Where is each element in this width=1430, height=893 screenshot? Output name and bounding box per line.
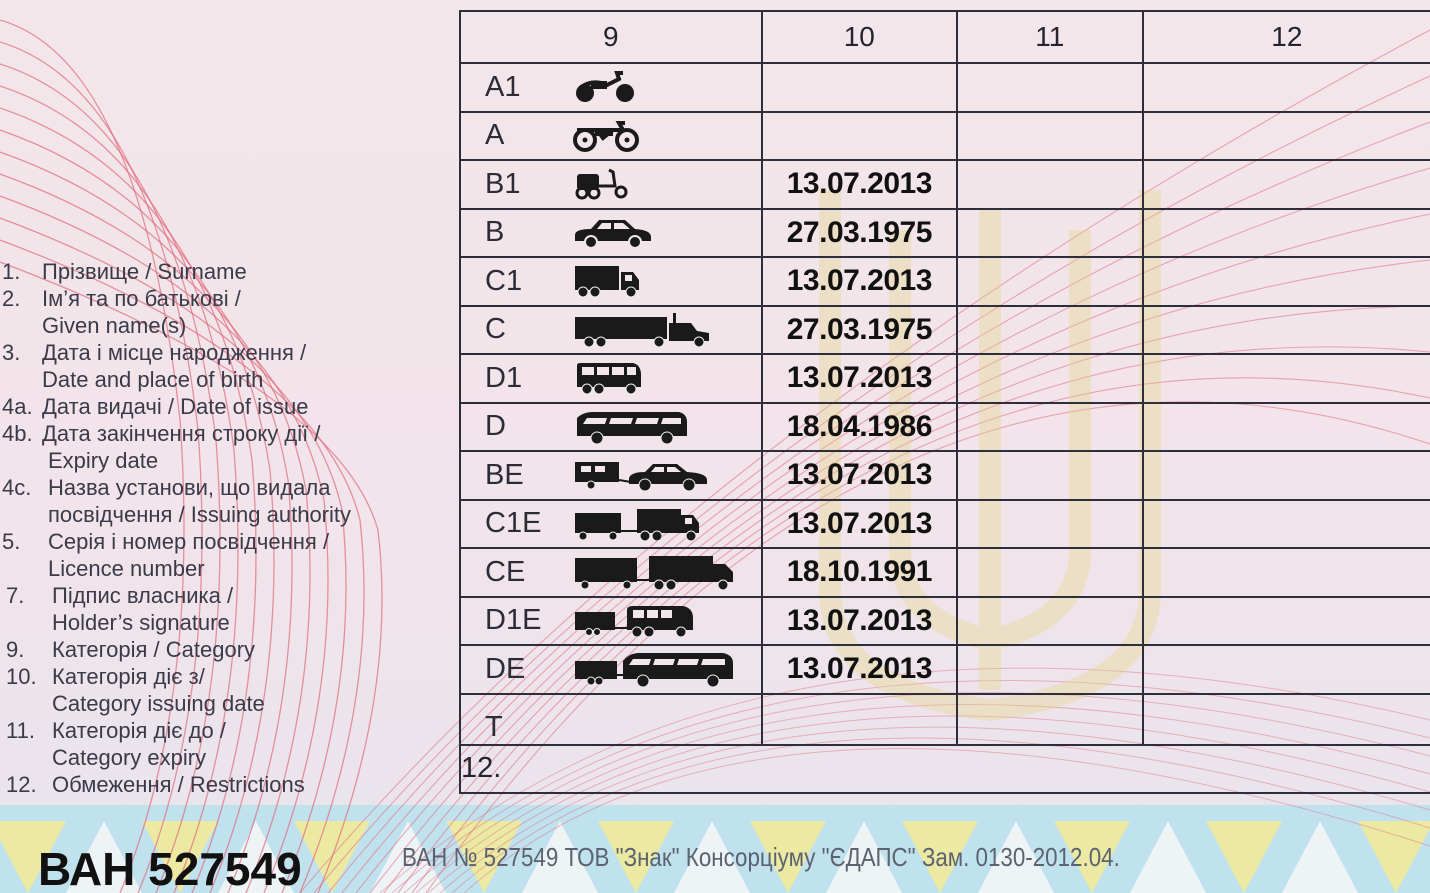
- category-issue-date: 18.04.1986: [762, 403, 957, 452]
- legend-line: 4b.Дата закінчення строку дії /: [0, 420, 440, 447]
- legend-number: [4, 609, 52, 636]
- category-code: BE: [461, 459, 573, 492]
- category-restrictions: [1143, 257, 1430, 306]
- category-code: D: [461, 410, 573, 443]
- category-cell: BE: [460, 451, 762, 500]
- category-restrictions: [1143, 306, 1430, 355]
- legend-text: Date and place of birth: [42, 366, 440, 393]
- table-row: B1 13.07.2013: [460, 160, 1430, 209]
- band-ornament: [1282, 821, 1358, 893]
- motorcycle-icon: [573, 119, 639, 153]
- category-issue-date: [762, 112, 957, 161]
- legend-line: 2.Ім’я та по батькові /: [0, 285, 440, 312]
- header-col-10: 10: [762, 11, 957, 63]
- category-issue-date: 18.10.1991: [762, 548, 957, 597]
- legend-text: Підпис власника /: [52, 582, 440, 609]
- minibus-with-trailer-icon: [573, 604, 697, 638]
- category-issue-date: 13.07.2013: [762, 451, 957, 500]
- legend-text: посвідчення / Issuing authority: [48, 501, 440, 528]
- legend-text: Licence number: [48, 555, 440, 582]
- category-cell: D1: [460, 354, 762, 403]
- category-expiry-date: [957, 354, 1143, 403]
- legend-text: Обмеження / Restrictions: [52, 771, 440, 798]
- category-expiry-date: [957, 112, 1143, 161]
- legend-number: 9.: [4, 636, 52, 663]
- category-expiry-date: [957, 403, 1143, 452]
- category-cell: C1E: [460, 500, 762, 549]
- header-col-11: 11: [957, 11, 1143, 63]
- legend-line: Holder’s signature: [0, 609, 440, 636]
- category-issue-date: 27.03.1975: [762, 209, 957, 258]
- legend-number: 2.: [0, 285, 42, 312]
- light-truck-with-trailer-icon: [573, 507, 703, 541]
- legend-line: посвідчення / Issuing authority: [0, 501, 440, 528]
- category-issue-date: [762, 694, 957, 745]
- band-ornament: [1130, 821, 1206, 893]
- category-restrictions: [1143, 112, 1430, 161]
- legend-line: 12.Обмеження / Restrictions: [0, 771, 440, 798]
- legend-text: Назва установи, що видала: [48, 474, 440, 501]
- legend-text: Holder’s signature: [52, 609, 440, 636]
- category-code: D1E: [461, 604, 573, 637]
- category-restrictions: [1143, 63, 1430, 112]
- category-issue-date: 13.07.2013: [762, 500, 957, 549]
- category-issue-date: 13.07.2013: [762, 645, 957, 694]
- table-row: BE 13.07.2013: [460, 451, 1430, 500]
- table-row: C 27.03.1975: [460, 306, 1430, 355]
- bus-icon: [573, 410, 691, 444]
- field-legend: 1.Прізвище / Surname2.Ім’я та по батьков…: [0, 258, 440, 798]
- category-cell: D1E: [460, 597, 762, 646]
- legend-line: 5.Серія і номер посвідчення /: [0, 528, 440, 555]
- legend-line: Category expiry: [0, 744, 440, 771]
- category-restrictions: [1143, 645, 1430, 694]
- restrictions-field: 12.: [460, 745, 1430, 794]
- category-restrictions: [1143, 597, 1430, 646]
- category-cell: B: [460, 209, 762, 258]
- legend-number: 12.: [4, 771, 52, 798]
- category-expiry-date: [957, 500, 1143, 549]
- table-row: T: [460, 694, 1430, 745]
- category-restrictions: [1143, 500, 1430, 549]
- legend-number: 1.: [0, 258, 42, 285]
- printer-imprint: ВАН № 527549 ТОВ "Знак" Консорціуму "ЄДА…: [402, 842, 1120, 873]
- legend-line: Category issuing date: [0, 690, 440, 717]
- category-expiry-date: [957, 209, 1143, 258]
- legend-text: Ім’я та по батькові /: [42, 285, 440, 312]
- category-expiry-date: [957, 306, 1143, 355]
- light-truck-icon: [573, 264, 641, 298]
- legend-number: [0, 312, 42, 339]
- category-expiry-date: [957, 257, 1143, 306]
- legend-text: Категорія / Category: [52, 636, 440, 663]
- table-row: B 27.03.1975: [460, 209, 1430, 258]
- category-cell: C: [460, 306, 762, 355]
- category-expiry-date: [957, 160, 1143, 209]
- table-row: A: [460, 112, 1430, 161]
- legend-text: Category issuing date: [52, 690, 440, 717]
- category-code: B1: [461, 168, 573, 201]
- moped-icon: [573, 70, 637, 104]
- legend-text: Category expiry: [52, 744, 440, 771]
- legend-text: Категорія діє до /: [52, 717, 440, 744]
- legend-number: [4, 744, 52, 771]
- category-code: A1: [461, 71, 573, 104]
- category-issue-date: 13.07.2013: [762, 257, 957, 306]
- table-row: D1E 13.07.2013: [460, 597, 1430, 646]
- legend-text: Дата і місце народження /: [42, 339, 440, 366]
- licence-serial-number: ВАН 527549: [38, 842, 302, 893]
- legend-number: 3.: [0, 339, 42, 366]
- table-row: DE 13.07.2013: [460, 645, 1430, 694]
- heavy-truck-icon: [573, 313, 713, 347]
- legend-line: Licence number: [0, 555, 440, 582]
- band-ornament: [1358, 821, 1430, 893]
- band-ornament: [1206, 821, 1282, 893]
- table-row: A1: [460, 63, 1430, 112]
- legend-text: Expiry date: [48, 447, 440, 474]
- header-col-9: 9: [460, 11, 762, 63]
- car-with-trailer-icon: [573, 458, 713, 492]
- category-code: CE: [461, 556, 573, 589]
- minibus-icon: [573, 361, 645, 395]
- table-header-row: 9 10 11 12: [460, 11, 1430, 63]
- category-issue-date: 13.07.2013: [762, 597, 957, 646]
- category-code: C: [461, 313, 573, 346]
- category-expiry-date: [957, 645, 1143, 694]
- legend-number: 7.: [4, 582, 52, 609]
- legend-line: Expiry date: [0, 447, 440, 474]
- category-issue-date: 13.07.2013: [762, 354, 957, 403]
- category-restrictions: [1143, 403, 1430, 452]
- legend-line: 4c.Назва установи, що видала: [0, 474, 440, 501]
- category-expiry-date: [957, 597, 1143, 646]
- legend-text: Категорія діє з/: [52, 663, 440, 690]
- legend-number: 5.: [0, 528, 48, 555]
- legend-line: 1.Прізвище / Surname: [0, 258, 440, 285]
- legend-text: Given name(s): [42, 312, 440, 339]
- legend-line: 10.Категорія діє з/: [0, 663, 440, 690]
- legend-number: [0, 501, 48, 528]
- categories-table: 9 10 11 12 A1 A B1: [459, 10, 1430, 794]
- legend-line: 11.Категорія діє до /: [0, 717, 440, 744]
- category-cell: C1: [460, 257, 762, 306]
- category-issue-date: 27.03.1975: [762, 306, 957, 355]
- bus-with-trailer-icon: [573, 652, 737, 686]
- category-issue-date: 13.07.2013: [762, 160, 957, 209]
- category-restrictions: [1143, 160, 1430, 209]
- table-row: CE 18.10.1991: [460, 548, 1430, 597]
- category-restrictions: [1143, 209, 1430, 258]
- legend-number: [0, 366, 42, 393]
- band-ornament: [294, 821, 370, 893]
- legend-line: 7.Підпис власника /: [0, 582, 440, 609]
- table-row: D1 13.07.2013: [460, 354, 1430, 403]
- legend-number: 4c.: [0, 474, 48, 501]
- legend-text: Прізвище / Surname: [42, 258, 440, 285]
- category-restrictions: [1143, 548, 1430, 597]
- category-expiry-date: [957, 63, 1143, 112]
- category-cell: A: [460, 112, 762, 161]
- legend-number: 4b.: [0, 420, 42, 447]
- legend-number: [0, 447, 48, 474]
- category-restrictions: [1143, 354, 1430, 403]
- legend-number: [0, 555, 48, 582]
- legend-line: 9.Категорія / Category: [0, 636, 440, 663]
- tricycle-icon: [573, 167, 633, 201]
- legend-number: 10.: [4, 663, 52, 690]
- legend-line: Given name(s): [0, 312, 440, 339]
- legend-line: 4a.Дата видачі / Date of issue: [0, 393, 440, 420]
- category-code: C1E: [461, 507, 573, 540]
- legend-text: Серія і номер посвідчення /: [48, 528, 440, 555]
- legend-text: Дата закінчення строку дії /: [42, 420, 440, 447]
- category-code: DE: [461, 653, 573, 686]
- category-expiry-date: [957, 694, 1143, 745]
- table-row: C1 13.07.2013: [460, 257, 1430, 306]
- category-code: D1: [461, 362, 573, 395]
- category-expiry-date: [957, 451, 1143, 500]
- legend-line: Date and place of birth: [0, 366, 440, 393]
- legend-line: 3.Дата і місце народження /: [0, 339, 440, 366]
- restrictions-row: 12.: [460, 745, 1430, 794]
- car-icon: [573, 216, 653, 250]
- category-code: B: [461, 216, 573, 249]
- category-restrictions: [1143, 451, 1430, 500]
- category-issue-date: [762, 63, 957, 112]
- category-cell: B1: [460, 160, 762, 209]
- header-col-12: 12: [1143, 11, 1430, 63]
- category-code: T: [461, 695, 573, 744]
- legend-number: 4a.: [0, 393, 42, 420]
- legend-number: 11.: [4, 717, 52, 744]
- legend-number: [4, 690, 52, 717]
- category-code: A: [461, 119, 573, 152]
- truck-with-trailer-icon: [573, 555, 739, 589]
- category-cell: DE: [460, 645, 762, 694]
- table-row: D 18.04.1986: [460, 403, 1430, 452]
- category-code: C1: [461, 265, 573, 298]
- category-restrictions: [1143, 694, 1430, 745]
- category-cell: T: [460, 694, 762, 745]
- table-row: C1E 13.07.2013: [460, 500, 1430, 549]
- legend-text: Дата видачі / Date of issue: [42, 393, 440, 420]
- category-cell: D: [460, 403, 762, 452]
- category-cell: A1: [460, 63, 762, 112]
- category-expiry-date: [957, 548, 1143, 597]
- category-cell: CE: [460, 548, 762, 597]
